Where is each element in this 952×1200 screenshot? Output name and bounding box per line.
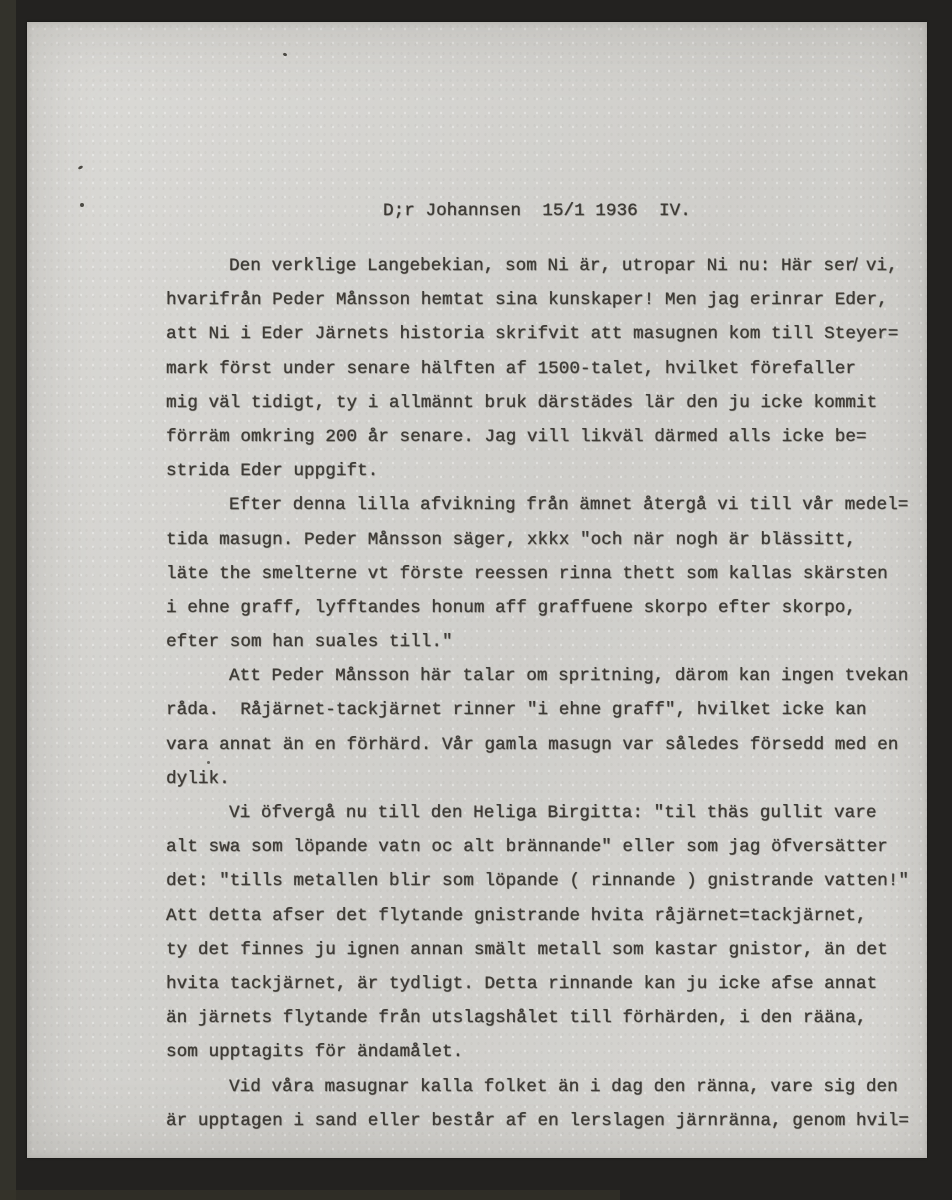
typed-line: än järnets flytande från utslagshålet ti… (166, 1001, 922, 1035)
typed-line: dylik. (166, 762, 922, 796)
typed-line: är upptagen i sand eller består af en le… (166, 1104, 922, 1138)
typed-line: Vid våra masugnar kalla folket än i dag … (166, 1070, 922, 1104)
typed-line: ty det finnes ju ignen annan smält metal… (166, 933, 922, 967)
paper-speck (78, 165, 84, 170)
typed-line: tida masugn. Peder Månsson säger, xkkx "… (166, 523, 922, 557)
typed-line: att Ni i Eder Järnets historia skrifvit … (166, 317, 922, 351)
typed-line: mark först under senare hälften af 1500-… (166, 352, 922, 386)
typed-line: strida Eder uppgift. (166, 454, 922, 488)
typed-line: Vi öfvergå nu till den Heliga Birgitta: … (166, 796, 922, 830)
typed-line: Att detta afser det flytande gnistrande … (166, 899, 922, 933)
typed-line: råda. Råjärnet-tackjärnet rinner "i ehne… (166, 693, 922, 727)
letter-body: Den verklige Langebekian, som Ni är, utr… (166, 249, 922, 1138)
typed-line: mig väl tidigt, ty i allmännt bruk därst… (166, 386, 922, 420)
typed-line: Den verklige Langebekian, som Ni är, utr… (166, 249, 922, 283)
paper-speck (80, 203, 84, 207)
typed-line: hvita tackjärnet, är tydligt. Detta rinn… (166, 967, 922, 1001)
scan-mat-left-edge (0, 0, 16, 1200)
paper-speck (283, 52, 288, 56)
typed-line: det: "tills metallen blir som löpande ( … (166, 864, 922, 898)
typed-line: som upptagits för ändamålet. (166, 1035, 922, 1069)
typed-line: Att Peder Månsson här talar om spritning… (166, 659, 922, 693)
document-page: D;r Johannsen 15/1 1936 IV. Den verklige… (27, 22, 927, 1158)
typed-line: efter som han suales till." (166, 625, 922, 659)
typed-line: alt swa som löpande vatn oc alt brännand… (166, 830, 922, 864)
typed-line: vara annat än en förhärd. Vår gamla masu… (166, 728, 922, 762)
letter-header: D;r Johannsen 15/1 1936 IV. (383, 194, 691, 228)
typed-line: i ehne graff, lyfftandes honum aff graff… (166, 591, 922, 625)
typed-line: läte the smelterne vt förste reessen rin… (166, 557, 922, 591)
typed-line: förräm omkring 200 år senare. Jag vill l… (166, 420, 922, 454)
typed-line: hvarifrån Peder Månsson hemtat sina kuns… (166, 283, 922, 317)
typed-line: Efter denna lilla afvikning från ämnet å… (166, 488, 922, 522)
scan-mat-bottom-edge (0, 1190, 620, 1200)
